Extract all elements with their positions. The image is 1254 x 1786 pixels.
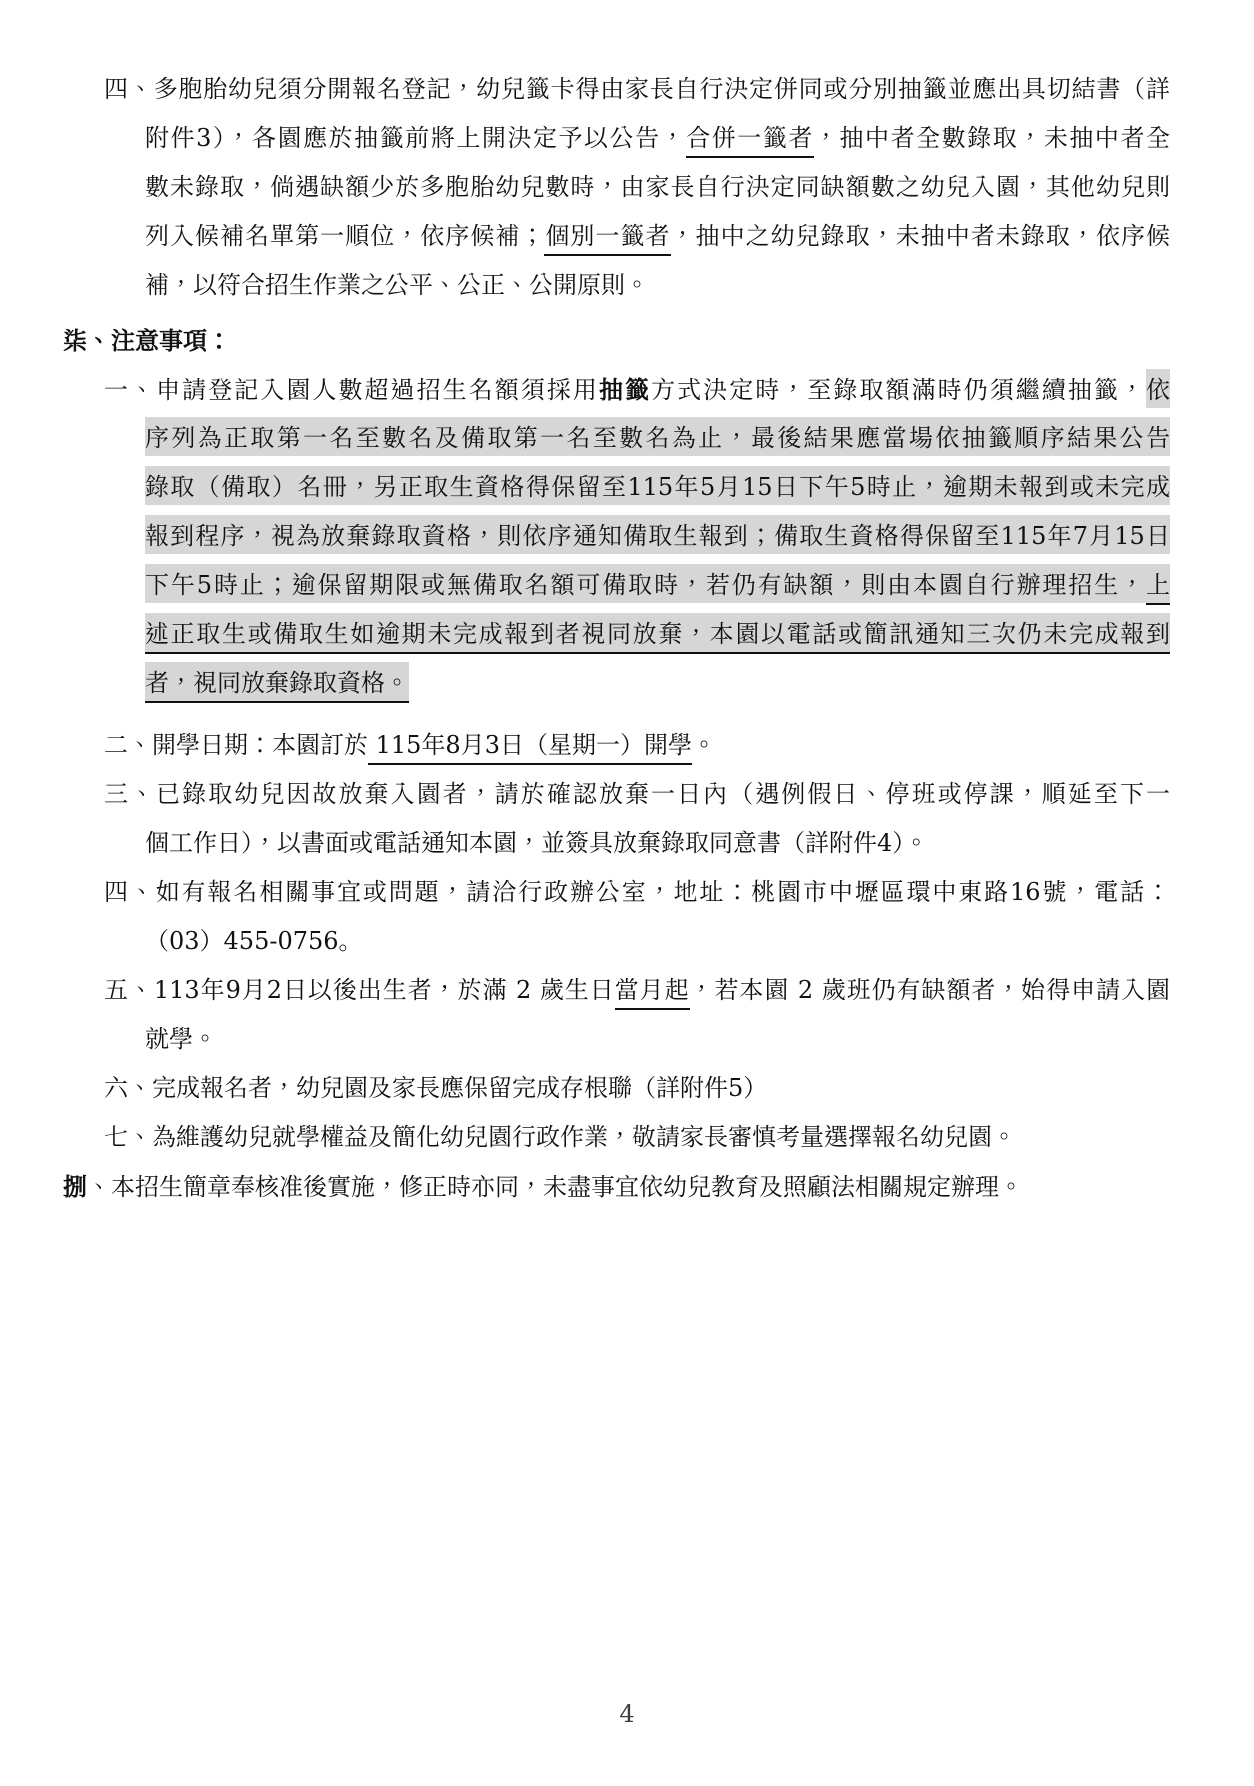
- note4-line2-segment-0: （03）455-0756。: [145, 927, 363, 955]
- note1-line3-segment-0: 錄取（備取）名冊，另正取生資格得保留至115年5月15日下午5時止，逾期未報到或…: [145, 466, 1170, 505]
- heading-notes: 柒、注意事項：: [63, 316, 1170, 365]
- note3-line2-segment-0: 個工作日），以書面或電話通知本園，並簽具放棄錄取同意書（詳附件4）。: [145, 829, 928, 857]
- note2-line1-segment-0: 二、開學日期：本園訂於: [104, 731, 368, 759]
- note5-line2: 就學。: [145, 1015, 1170, 1064]
- item4-multibirth-line5-segment-0: 補，以符合招生作業之公平、公正、公開原則。: [145, 271, 649, 299]
- note1-line2: 序列為正取第一名至數名及備取第一名至數名為止，最後結果應當場依抽籤順序結果公告: [145, 414, 1170, 463]
- note5-line1-segment-0: 五、113年9月2日以後出生者，於滿 2 歲生日: [104, 976, 615, 1004]
- note1-line6: 述正取生或備取生如逾期未完成報到者視同放棄，本園以電話或簡訊通知三次仍未完成報到: [145, 610, 1170, 659]
- note7-line1: 七、為維護幼兒就學權益及簡化幼兒園行政作業，敬請家長審慎考量選擇報名幼兒園。: [104, 1113, 1170, 1162]
- item4-multibirth-line4-segment-2: ，抽中之幼兒錄取，未抽中者未錄取，依序候: [671, 222, 1170, 250]
- note1-line1: 一、申請登記入園人數超過招生名額須採用抽籤方式決定時，至錄取額滿時仍須繼續抽籤，…: [104, 365, 1170, 414]
- note2-line1-segment-2: 。: [692, 731, 716, 759]
- item4-multibirth-line4-segment-0: 列入候補名單第一順位，依序候補；: [145, 222, 544, 250]
- item4-multibirth-line2-segment-2: ，抽中者全數錄取，未抽中者全: [814, 124, 1170, 152]
- document-body: 四、多胞胎幼兒須分開報名登記，幼兒籤卡得由家長自行決定併同或分別抽籤並應出具切結…: [0, 65, 1254, 1211]
- note1-line1-segment-3: 依: [1146, 369, 1170, 408]
- item8-line1-segment-0: 捌: [63, 1172, 87, 1201]
- note5-line1-segment-1: 當月起: [615, 976, 690, 1010]
- note1-line5-segment-0: 下午5時止；逾保留期限或無備取名額可備取時，若仍有缺額，則由本園自行辦理招生，: [145, 564, 1146, 603]
- item4-multibirth-line4-segment-1: 個別一籤者: [544, 222, 670, 256]
- item4-multibirth-line4: 列入候補名單第一順位，依序候補；個別一籤者，抽中之幼兒錄取，未抽中者未錄取，依序…: [145, 212, 1170, 261]
- note2-line1-segment-1: 115年8月3日（星期一）開學: [368, 731, 692, 765]
- note1-line1-segment-0: 一、申請登記入園人數超過招生名額須採用: [104, 376, 599, 404]
- note1-line6-segment-0: 述正取生或備取生如逾期未完成報到者視同放棄，本園以電話或簡訊通知三次仍未完成報到: [145, 613, 1170, 654]
- note3-line1: 三、已錄取幼兒因故放棄入園者，請於確認放棄一日內（遇例假日、停班或停課，順延至下…: [104, 770, 1170, 819]
- item4-multibirth-line2-segment-1: 合併一籤者: [686, 124, 814, 158]
- item4-multibirth-line3-segment-0: 數未錄取，倘遇缺額少於多胞胎幼兒數時，由家長自行決定同缺額數之幼兒入園，其他幼兒…: [145, 173, 1170, 201]
- note1-line4-segment-0: 報到程序，視為放棄錄取資格，則依序通知備取生報到；備取生資格得保留至115年7月…: [145, 515, 1170, 554]
- note1-line1-segment-2: 方式決定時，至錄取額滿時仍須繼續抽籤，: [651, 376, 1146, 404]
- note4-line1: 四、如有報名相關事宜或問題，請洽行政辦公室，地址：桃園市中壢區環中東路16號，電…: [104, 868, 1170, 917]
- note1-line7-segment-0: 者，視同放棄錄取資格。: [145, 662, 409, 703]
- note5-line1-segment-2: ，若本園 2 歲班仍有缺額者，始得申請入園: [690, 976, 1170, 1004]
- note6-line1: 六、完成報名者，幼兒園及家長應保留完成存根聯（詳附件5）: [104, 1064, 1170, 1113]
- heading-notes-segment-0: 柒、注意事項：: [63, 326, 231, 355]
- note2-line1: 二、開學日期：本園訂於 115年8月3日（星期一）開學。: [104, 721, 1170, 770]
- note7-line1-segment-0: 七、為維護幼兒就學權益及簡化幼兒園行政作業，敬請家長審慎考量選擇報名幼兒園。: [104, 1123, 1016, 1151]
- page-number: 4: [0, 1700, 1254, 1728]
- item4-multibirth-line2: 附件3），各園應於抽籤前將上開決定予以公告，合併一籤者，抽中者全數錄取，未抽中者…: [145, 114, 1170, 163]
- note4-line2: （03）455-0756。: [145, 917, 1170, 966]
- document-page: 四、多胞胎幼兒須分開報名登記，幼兒籤卡得由家長自行決定併同或分別抽籤並應出具切結…: [0, 0, 1254, 1786]
- item4-multibirth-line5: 補，以符合招生作業之公平、公正、公開原則。: [145, 261, 1170, 310]
- item4-multibirth-line1: 四、多胞胎幼兒須分開報名登記，幼兒籤卡得由家長自行決定併同或分別抽籤並應出具切結…: [104, 65, 1170, 114]
- item4-multibirth-line2-segment-0: 附件3），各園應於抽籤前將上開決定予以公告，: [145, 124, 686, 152]
- item8-line1: 捌、本招生簡章奉核准後實施，修正時亦同，未盡事宜依幼兒教育及照顧法相關規定辦理。: [63, 1162, 1170, 1211]
- note1-line3: 錄取（備取）名冊，另正取生資格得保留至115年5月15日下午5時止，逾期未報到或…: [145, 463, 1170, 512]
- note1-line5: 下午5時止；逾保留期限或無備取名額可備取時，若仍有缺額，則由本園自行辦理招生，上: [145, 561, 1170, 610]
- note5-line2-segment-0: 就學。: [145, 1025, 217, 1053]
- note1-line2-segment-0: 序列為正取第一名至數名及備取第一名至數名為止，最後結果應當場依抽籤順序結果公告: [145, 417, 1170, 456]
- note4-line1-segment-0: 四、如有報名相關事宜或問題，請洽行政辦公室，地址：桃園市中壢區環中東路16號，電…: [104, 878, 1170, 906]
- note1-line1-segment-1: 抽籤: [599, 375, 651, 404]
- note1-line5-segment-1: 上: [1146, 564, 1170, 605]
- note5-line1: 五、113年9月2日以後出生者，於滿 2 歲生日當月起，若本園 2 歲班仍有缺額…: [104, 966, 1170, 1015]
- note3-line1-segment-0: 三、已錄取幼兒因故放棄入園者，請於確認放棄一日內（遇例假日、停班或停課，順延至下…: [104, 780, 1170, 808]
- item4-multibirth-line3: 數未錄取，倘遇缺額少於多胞胎幼兒數時，由家長自行決定同缺額數之幼兒入園，其他幼兒…: [145, 163, 1170, 212]
- note3-line2: 個工作日），以書面或電話通知本園，並簽具放棄錄取同意書（詳附件4）。: [145, 819, 1170, 868]
- note1-line7: 者，視同放棄錄取資格。: [145, 659, 1170, 708]
- item8-line1-segment-1: 、本招生簡章奉核准後實施，修正時亦同，未盡事宜依幼兒教育及照顧法相關規定辦理。: [87, 1173, 1023, 1201]
- note6-line1-segment-0: 六、完成報名者，幼兒園及家長應保留完成存根聯（詳附件5）: [104, 1074, 767, 1102]
- item4-multibirth-line1-segment-0: 四、多胞胎幼兒須分開報名登記，幼兒籤卡得由家長自行決定併同或分別抽籤並應出具切結…: [104, 75, 1170, 103]
- note1-line4: 報到程序，視為放棄錄取資格，則依序通知備取生報到；備取生資格得保留至115年7月…: [145, 512, 1170, 561]
